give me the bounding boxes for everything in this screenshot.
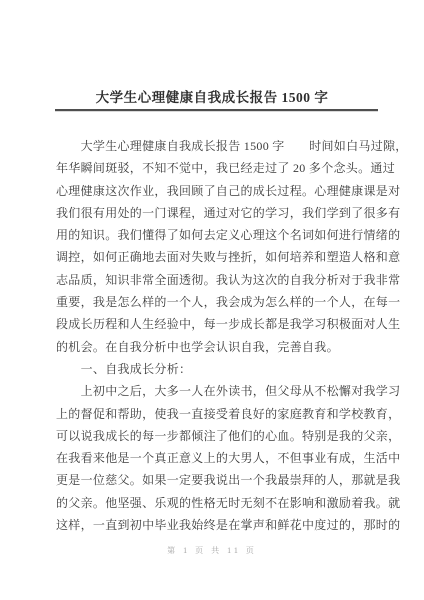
body-line: 的机会。在自我分析中也学会认识自我，完善自我。 <box>56 336 380 358</box>
body-line: 大学生心理健康自我成长报告 1500 字 时间如白马过隙， <box>56 135 380 157</box>
body-line: 上初中之后，大多一人在外读书，但父母从不松懈对我学习 <box>56 380 380 402</box>
body-line: 一、自我成长分析： <box>56 358 380 380</box>
body-line: 志品质，知识非常全面透彻。我认为这次的自我分析对于我非常 <box>56 269 380 291</box>
body-line: 更是一位慈父。如果一定要我说出一个我最崇拜的人，那就是我 <box>56 469 380 491</box>
body-line: 调控，如何正确地去面对失败与挫折，如何培养和塑造人格和意 <box>56 246 380 268</box>
body-line: 上的督促和帮助，使我一直接受着良好的家庭教育和学校教育， <box>56 403 380 425</box>
body-line: 年华瞬间斑驳，不知不觉中，我已经走过了 20 多个念头。通过 <box>56 157 380 179</box>
body-line: 在我看来他是一个真正意义上的大男人，不但事业有成，生活中 <box>56 447 380 469</box>
body-line: 段成长历程和人生经验中，每一步成长都是我学习积极面对人生 <box>56 313 380 335</box>
body-line: 心理健康这次作业，我回顾了自己的成长过程。心理健康课是对 <box>56 180 380 202</box>
body-line: 我们很有用处的一门课程，通过对它的学习，我们学到了很多有 <box>56 202 380 224</box>
document-body: 大学生心理健康自我成长报告 1500 字 时间如白马过隙，年华瞬间斑驳，不知不觉… <box>56 135 380 536</box>
body-line: 用的知识。我们懂得了如何去定义心理这个名词如何进行情绪的 <box>56 224 380 246</box>
body-line: 的父亲。他坚强、乐观的性格无时无刻不在影响和激励着我。就 <box>56 492 380 514</box>
title-divider-rule <box>55 109 378 112</box>
document-page: 大学生心理健康自我成长报告 1500 字 大学生心理健康自我成长报告 1500 … <box>0 0 424 600</box>
page-number-footer: 第 1 页 共 11 页 <box>0 545 424 556</box>
body-line: 可以说我成长的每一步都倾注了他们的心血。特别是我的父亲， <box>56 425 380 447</box>
body-line: 这样，一直到初中毕业我始终是在掌声和鲜花中度过的，那时的 <box>56 514 380 536</box>
body-line: 重要，我是怎么样的一个人，我会成为怎么样的一个人，在每一 <box>56 291 380 313</box>
document-title: 大学生心理健康自我成长报告 1500 字 <box>0 86 424 106</box>
